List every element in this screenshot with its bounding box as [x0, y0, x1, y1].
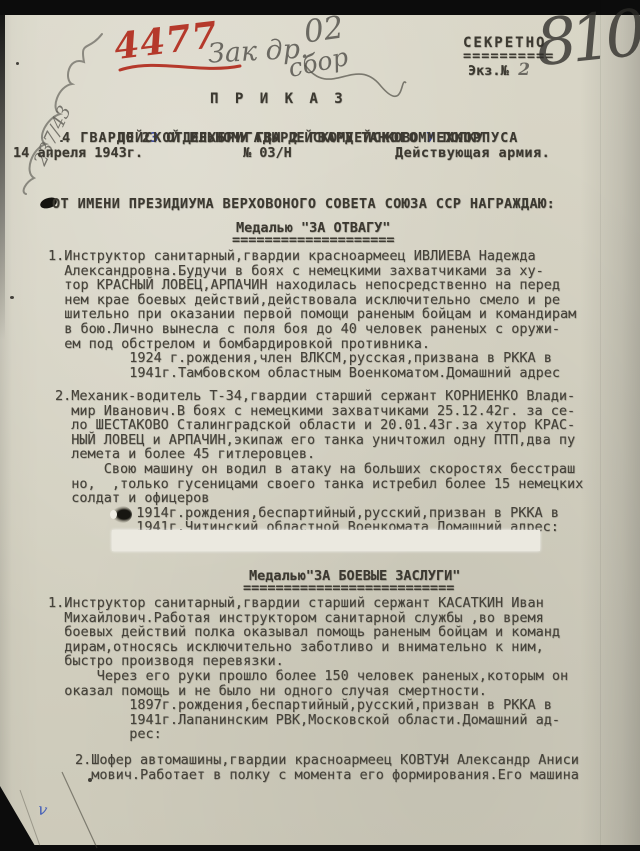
order-title: П Р И К А З [210, 92, 347, 107]
order-date: 14 апреля 1943г. [13, 146, 143, 161]
speck [10, 296, 14, 299]
award-paragraph-kornienko: 2.Механик-водитель Т-34,гвардии старший … [55, 389, 583, 535]
order-army: Действующая армия. [395, 146, 550, 161]
copy-number-line: Экз.№ 2 [468, 60, 530, 80]
award-paragraph-ivlieva: 1.Инструктор санитарный,гвардии красноар… [48, 249, 576, 380]
preamble-line: ОТ ИМЕНИ ПРЕЗИДИУМА ВЕРХОВОНОГО СОВЕТА С… [52, 197, 555, 212]
document-scan: СЕКРЕТНО ========== Экз.№ 2 810 4477 Зак… [0, 0, 640, 851]
pencil-page-number: 810 [532, 0, 640, 81]
award-paragraph-kasatkin: 1.Инструктор санитарный,гвардии старший … [48, 596, 568, 742]
order-number: № 03/Н [243, 146, 292, 161]
award-paragraph-kovtun: 2.Шофер автомашины,гвардии красноармеец … [75, 753, 579, 782]
copy-number-handwritten: 2 [518, 60, 530, 80]
medal-otvaga-underline: ==================== [232, 233, 395, 248]
redaction-box [112, 530, 540, 551]
copy-label: Экз.№ [468, 63, 509, 79]
order-subtitle-line2: 4 ГВАРДЕЙСКОЙ МЕХБРИГАДЫ 2 ГВАРДЕЙСКОГО … [62, 131, 518, 146]
medal-zaslugi-underline: ========================== [243, 581, 454, 596]
fold-shadow [600, 0, 601, 851]
